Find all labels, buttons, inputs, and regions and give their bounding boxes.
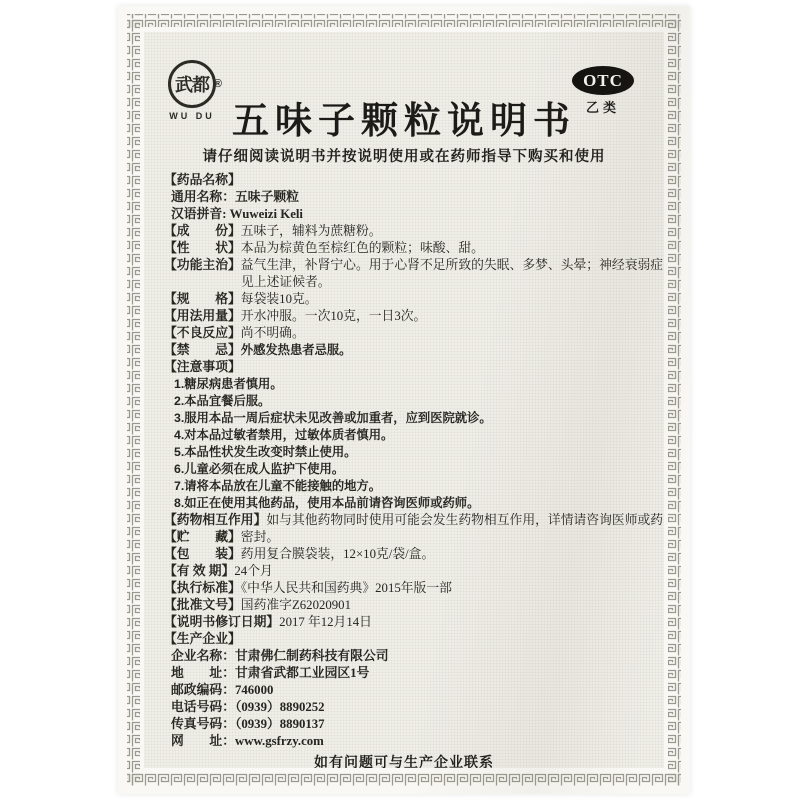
leaflet-line: 【用法用量】开水冲服。一次10克，一日3次。: [164, 308, 658, 325]
line-text: 益气生津，补肾宁心。用于心肾不足所致的失眠、多梦、头晕；神经衰弱症: [241, 258, 663, 272]
leaflet-line: 邮政编码：746000: [164, 682, 658, 699]
leaflet-content: 武都 ® WU DU 五味子颗粒说明书 OTC 乙类 请仔细阅读说明书并按说明使…: [144, 32, 664, 768]
line-label: 【规 格】: [164, 292, 241, 306]
leaflet-line: 【注意事项】: [164, 359, 658, 376]
line-text: 地 址：甘肃省武都工业园区1号: [171, 666, 369, 680]
usage-warning-subtitle: 请仔细阅读说明书并按说明使用或在药师指导下购买和使用: [144, 145, 664, 166]
line-text: 2017 年12月14日: [279, 615, 372, 629]
leaflet-line: 2.本品宜餐后服。: [164, 393, 658, 410]
leaflet-line: 1.糖尿病患者慎用。: [164, 376, 658, 393]
leaflet-line: 【性 状】本品为棕黄色至棕红色的颗粒；味酸、甜。: [164, 240, 658, 257]
leaflet-line: 【成 份】五味子，辅料为蔗糖粉。: [164, 223, 658, 240]
leaflet-line: 地 址：甘肃省武都工业园区1号: [164, 665, 658, 682]
line-label: 【用法用量】: [164, 309, 241, 323]
leaflet-line: 4.对本品过敏者禁用，过敏体质者慎用。: [164, 427, 658, 444]
leaflet-line: 7.请将本品放在儿童不能接触的地方。: [164, 478, 658, 495]
line-label: 【性 状】: [164, 241, 241, 255]
line-text: 24个月: [234, 564, 272, 578]
line-label: 【功能主治】: [164, 258, 241, 272]
line-text: 企业名称：甘肃佛仁制药科技有限公司: [171, 649, 389, 663]
leaflet-line: 传真号码：（0939）8890137: [164, 716, 658, 733]
line-label: 【包 装】: [164, 547, 241, 561]
leaflet-line: 网 址：www.gsfrzy.com: [164, 733, 658, 750]
leaflet-line: 【批准文号】国药准字Z62020901: [164, 597, 658, 614]
line-text: 3.服用本品一周后症状未见改善或加重者，应到医院就诊。: [174, 411, 492, 425]
line-label: 【批准文号】: [164, 598, 241, 612]
line-text: 五味子，辅料为蔗糖粉。: [241, 224, 382, 238]
line-text: 5.本品性状发生改变时禁止使用。: [174, 445, 356, 459]
line-label: 【不良反应】: [164, 326, 241, 340]
leaflet-line: 【有 效 期】24个月: [164, 563, 658, 580]
line-text: 6.儿童必须在成人监护下使用。: [174, 462, 344, 476]
leaflet-line: 【规 格】每袋装10克。: [164, 291, 658, 308]
leaflet-line: 【包 装】药用复合膜袋装，12×10克/袋/盒。: [164, 546, 658, 563]
leaflet-line: 【贮 藏】密封。: [164, 529, 658, 546]
leaflet-line: 电话号码：（0939）8890252: [164, 699, 658, 716]
leaflet-line: 【药品名称】: [164, 172, 658, 189]
line-text: 尚不明确。: [241, 326, 305, 340]
leaflet-line: 企业名称：甘肃佛仁制药科技有限公司: [164, 648, 658, 665]
line-text: 邮政编码：746000: [171, 683, 273, 697]
line-label: 【注意事项】: [164, 360, 241, 374]
line-label: 【执行标准】: [164, 581, 241, 595]
line-label: 【说明书修订日期】: [164, 615, 279, 629]
line-label: 【生产企业】: [164, 632, 241, 646]
body-lines: 【药品名称】 通用名称：五味子颗粒 汉语拼音: Wuweizi Keli 【成 …: [144, 170, 664, 750]
leaflet-line: 【药物相互作用】如与其他药物同时使用可能会发生药物相互作用，详情请咨询医师或药师…: [164, 512, 658, 529]
line-text: 1.糖尿病患者慎用。: [174, 377, 283, 391]
leaflet-line: 【说明书修订日期】2017 年12月14日: [164, 614, 658, 631]
leaflet-line: 【不良反应】尚不明确。: [164, 325, 658, 342]
leaflet-line: 见上述证候者。: [164, 274, 658, 291]
otc-badge: OTC 乙类: [568, 66, 638, 116]
line-text: 传真号码：（0939）8890137: [171, 717, 325, 731]
line-text: 汉语拼音: Wuweizi Keli: [171, 207, 303, 221]
line-label: 【贮 藏】: [164, 530, 241, 544]
otc-class-label: 乙类: [568, 97, 638, 116]
leaflet-paper: 武都 ® WU DU 五味子颗粒说明书 OTC 乙类 请仔细阅读说明书并按说明使…: [118, 6, 690, 794]
line-label: 【有 效 期】: [164, 564, 234, 578]
otc-oval-icon: OTC: [572, 66, 634, 95]
leaflet-line: 汉语拼音: Wuweizi Keli: [164, 206, 658, 223]
line-text: 通用名称：五味子颗粒: [171, 190, 299, 204]
leaflet-line: 6.儿童必须在成人监护下使用。: [164, 461, 658, 478]
leaflet-line: 【执行标准】《中华人民共和国药典》2015年版一部: [164, 580, 658, 597]
line-text: 外感发热患者忌服。: [241, 343, 352, 357]
line-text: 本品为棕黄色至棕红色的颗粒；味酸、甜。: [241, 241, 484, 255]
contact-footer: 如有问题可与生产企业联系: [144, 752, 664, 768]
leaflet-line: 5.本品性状发生改变时禁止使用。: [164, 444, 658, 461]
line-text: 每袋装10克。: [241, 292, 318, 306]
line-label: 【禁 忌】: [164, 343, 241, 357]
leaflet-line: 8.如正在使用其他药品，使用本品前请咨询医师或药师。: [164, 495, 658, 512]
leaflet-line: 【生产企业】: [164, 631, 658, 648]
line-text: 国药准字Z62020901: [241, 598, 351, 612]
leaflet-line: 【禁 忌】外感发热患者忌服。: [164, 342, 658, 359]
line-label: 【药物相互作用】: [164, 513, 266, 527]
line-text: 如与其他药物同时使用可能会发生药物相互作用，详情请咨询医师或药师。: [266, 513, 664, 527]
leaflet-line: 通用名称：五味子颗粒: [164, 189, 658, 206]
line-text: 药用复合膜袋装，12×10克/袋/盒。: [241, 547, 434, 561]
line-text: 7.请将本品放在儿童不能接触的地方。: [174, 479, 381, 493]
registered-trademark-icon: ®: [214, 78, 222, 90]
line-label: 【成 份】: [164, 224, 241, 238]
leaflet-header: 武都 ® WU DU 五味子颗粒说明书 OTC 乙类 请仔细阅读说明书并按说明使…: [144, 32, 664, 170]
line-text: 电话号码：（0939）8890252: [171, 700, 325, 714]
leaflet-line: 【功能主治】益气生津，补肾宁心。用于心肾不足所致的失眠、多梦、头晕；神经衰弱症: [164, 257, 658, 274]
line-text: 《中华人民共和国药典》2015年版一部: [241, 581, 452, 595]
photo-of-leaflet: { "page": { "title": "五味子颗粒说明书", "subtit…: [0, 0, 800, 800]
line-text: 网 址：www.gsfrzy.com: [171, 734, 324, 748]
line-text: 开水冲服。一次10克，一日3次。: [241, 309, 427, 323]
line-text: 密封。: [241, 530, 279, 544]
line-label: 【药品名称】: [164, 173, 241, 187]
line-text: 见上述证候者。: [164, 274, 331, 291]
line-text: 2.本品宜餐后服。: [174, 394, 270, 408]
leaflet-line: 3.服用本品一周后症状未见改善或加重者，应到医院就诊。: [164, 410, 658, 427]
line-text: 4.对本品过敏者禁用，过敏体质者慎用。: [174, 428, 393, 442]
line-text: 8.如正在使用其他药品，使用本品前请咨询医师或药师。: [174, 496, 479, 510]
